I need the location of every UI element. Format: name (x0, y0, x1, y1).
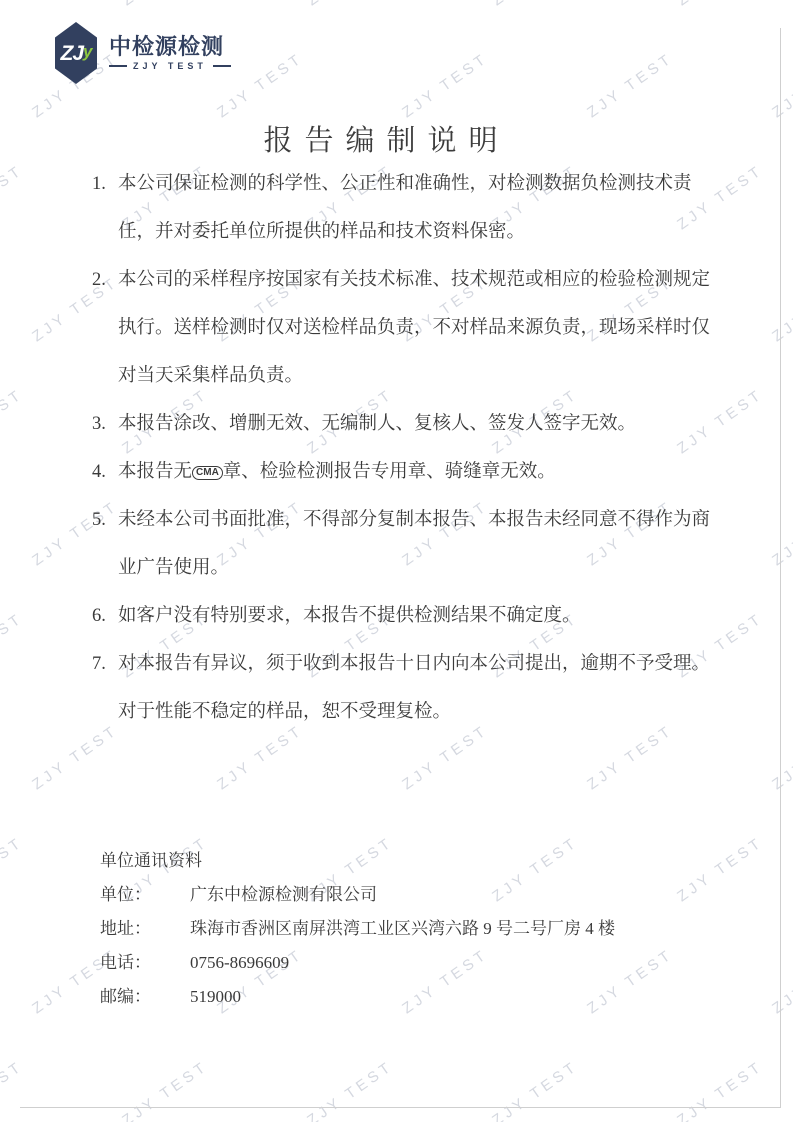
contact-row: 单位：广东中检源检测有限公司 (100, 878, 615, 912)
note-text: 对本报告有异议，须于收到本报告十日内向本公司提出，逾期不予受理。对于性能不稳定的… (118, 640, 710, 736)
logo-hexagon-icon: ZJy (55, 22, 97, 84)
contact-value: 519000 (190, 980, 241, 1014)
logo-y-accent: y (83, 42, 91, 61)
note-item: 4.本报告无CMA章、检验检测报告专用章、骑缝章无效。 (92, 448, 732, 496)
watermark-text: ZJY TEST (769, 946, 793, 1018)
watermark-text: ZJY TEST (0, 162, 26, 234)
note-number: 5. (92, 496, 118, 544)
watermark-text: ZJY TEST (674, 1058, 766, 1122)
contact-value: 广东中检源检测有限公司 (190, 878, 377, 912)
contact-value: 0756-8696609 (190, 946, 289, 980)
scan-edge-right (780, 28, 782, 1108)
watermark-text: ZJY TEST (769, 498, 793, 570)
watermark-text: ZJY TEST (0, 834, 26, 906)
scan-edge-bottom (20, 1107, 781, 1109)
watermark-text: ZJY TEST (489, 1058, 581, 1122)
note-item: 3.本报告涂改、增删无效、无编制人、复核人、签发人签字无效。 (92, 400, 732, 448)
logo-monogram: ZJy (61, 43, 92, 64)
watermark-text: ZJY TEST (769, 722, 793, 794)
note-number: 1. (92, 160, 118, 208)
watermark-text: ZJY TEST (0, 1058, 26, 1122)
note-text: 本报告无CMA章、检验检测报告专用章、骑缝章无效。 (118, 448, 710, 496)
watermark-text: ZJY TEST (769, 50, 793, 122)
company-logo: ZJy 中检源检测 ZJY TEST (55, 22, 231, 84)
contact-value: 珠海市香洲区南屏洪湾工业区兴湾六路 9 号二号厂房 4 楼 (190, 912, 615, 946)
watermark-text: ZJY TEST (674, 0, 766, 9)
note-number: 4. (92, 448, 118, 496)
note-text: 本公司保证检测的科学性、公正性和准确性，对检测数据负检测技术责任，并对委托单位所… (118, 160, 710, 256)
company-name-cn: 中检源检测 (109, 35, 231, 59)
dash-line-right (213, 65, 231, 67)
watermark-text: ZJY TEST (489, 0, 581, 9)
contact-label: 电话： (100, 946, 190, 980)
note-text: 本公司的采样程序按国家有关技术标准、技术规范或相应的检验检测规定执行。送样检测时… (118, 256, 710, 400)
watermark-text: ZJY TEST (0, 610, 26, 682)
note-text: 本报告涂改、增删无效、无编制人、复核人、签发人签字无效。 (118, 400, 710, 448)
watermark-text: ZJY TEST (584, 50, 676, 122)
watermark-text: ZJY TEST (674, 834, 766, 906)
contact-row: 地址：珠海市香洲区南屏洪湾工业区兴湾六路 9 号二号厂房 4 楼 (100, 912, 615, 946)
note-number: 6. (92, 592, 118, 640)
document-page: ZJY TESTZJY TESTZJY TESTZJY TESTZJY TEST… (0, 0, 793, 1122)
company-name-en: ZJY TEST (133, 61, 207, 71)
note-text: 如客户没有特别要求，本报告不提供检测结果不确定度。 (118, 592, 710, 640)
contact-label: 地址： (100, 912, 190, 946)
watermark-text: ZJY TEST (119, 0, 211, 9)
note-number: 7. (92, 640, 118, 688)
logo-wordmark: 中检源检测 ZJY TEST (109, 35, 231, 71)
watermark-text: ZJY TEST (0, 0, 26, 9)
watermark-text: ZJY TEST (399, 50, 491, 122)
watermark-text: ZJY TEST (304, 1058, 396, 1122)
cma-stamp-icon: CMA (192, 466, 223, 480)
note-item: 7.对本报告有异议，须于收到本报告十日内向本公司提出，逾期不予受理。对于性能不稳… (92, 640, 732, 736)
logo-zj: ZJ (61, 42, 84, 65)
contact-section: 单位通讯资料 单位：广东中检源检测有限公司地址：珠海市香洲区南屏洪湾工业区兴湾六… (100, 844, 615, 1014)
note-item: 6.如客户没有特别要求，本报告不提供检测结果不确定度。 (92, 592, 732, 640)
watermark-text: ZJY TEST (304, 0, 396, 9)
note-item: 1.本公司保证检测的科学性、公正性和准确性，对检测数据负检测技术责任，并对委托单… (92, 160, 732, 256)
watermark-text: ZJY TEST (769, 274, 793, 346)
page-title: 报告编制说明 (0, 118, 773, 159)
company-name-en-row: ZJY TEST (109, 61, 231, 71)
watermark-text: ZJY TEST (0, 386, 26, 458)
contact-label: 单位： (100, 878, 190, 912)
watermark-text: ZJY TEST (119, 1058, 211, 1122)
note-item: 5.未经本公司书面批准，不得部分复制本报告、本报告未经同意不得作为商业广告使用。 (92, 496, 732, 592)
note-text: 未经本公司书面批准，不得部分复制本报告、本报告未经同意不得作为商业广告使用。 (118, 496, 710, 592)
dash-line-left (109, 65, 127, 67)
contact-label: 邮编： (100, 980, 190, 1014)
notes-list: 1.本公司保证检测的科学性、公正性和准确性，对检测数据负检测技术责任，并对委托单… (92, 160, 732, 736)
note-number: 2. (92, 256, 118, 304)
contact-row: 电话：0756-8696609 (100, 946, 615, 980)
note-item: 2.本公司的采样程序按国家有关技术标准、技术规范或相应的检验检测规定执行。送样检… (92, 256, 732, 400)
contact-header: 单位通讯资料 (100, 844, 615, 878)
contact-rows: 单位：广东中检源检测有限公司地址：珠海市香洲区南屏洪湾工业区兴湾六路 9 号二号… (100, 878, 615, 1014)
contact-row: 邮编：519000 (100, 980, 615, 1014)
note-number: 3. (92, 400, 118, 448)
